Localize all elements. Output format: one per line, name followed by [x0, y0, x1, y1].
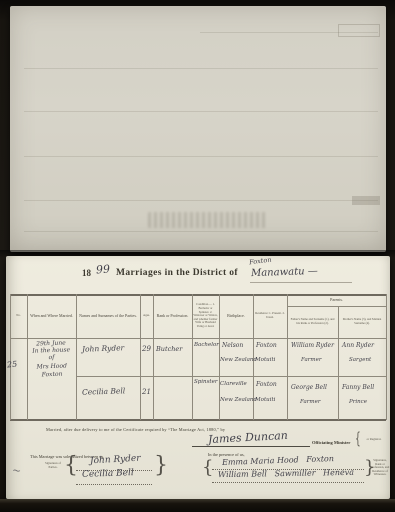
- presence-label: In the presence of us,: [208, 452, 245, 457]
- when-line: Foxton: [28, 370, 75, 379]
- groom-residence-1: Foxton: [256, 342, 277, 349]
- witness-signature-line: [212, 481, 364, 483]
- table-column-divider: [76, 294, 77, 420]
- ghost-rule: [24, 231, 378, 232]
- groom-birthplace-1: Nelson: [222, 342, 243, 349]
- bride-age: 21: [142, 388, 151, 396]
- table-bottom-rule: [10, 419, 386, 421]
- groom-birthplace-2: New Zealand: [220, 357, 257, 363]
- ghost-rule: [200, 32, 378, 33]
- party-signature-groom: John Ryder: [90, 454, 141, 467]
- bride-mother-maiden: Prince: [349, 399, 367, 405]
- ghost-form-box: [338, 24, 380, 37]
- bride-mother: Fanny Bell: [342, 384, 374, 391]
- top-page: [10, 6, 386, 252]
- column-header-rank: Rank or Profession.: [155, 296, 190, 336]
- party-signature-line: [76, 483, 152, 485]
- groom-mother-maiden: Sargent: [349, 357, 371, 363]
- column-header-when: When and Where Married.: [28, 296, 75, 336]
- column-header-no: No.: [11, 296, 26, 336]
- column-header-father: Father's Name and Surname (1), and his R…: [289, 308, 336, 336]
- bride-residence-1: Foxton: [256, 381, 277, 388]
- bride-condition: Spinster: [194, 379, 218, 385]
- groom-condition: Bachelor: [194, 342, 219, 348]
- witness-signature-2: William Bell Sawmiller Heneva: [218, 468, 354, 479]
- bride-birthplace-2: New Zealand: [220, 397, 257, 403]
- register-table: No. When and Where Married. Names and Su…: [6, 256, 390, 420]
- groom-father: William Ryder: [291, 342, 334, 349]
- parents-subrule: [287, 306, 386, 307]
- ghost-form-box: [352, 196, 380, 205]
- witnesses-note: Signatures, Rank or Profession, and Resi…: [370, 459, 390, 477]
- groom-father-rank: Farmer: [301, 357, 321, 363]
- party-signature-bride: Cecilia Bell: [82, 468, 134, 480]
- table-column-divider: [338, 306, 339, 420]
- ghost-rule: [24, 156, 378, 157]
- ghost-rule: [24, 200, 378, 201]
- column-header-residence: Residence: 1. Present. 2. Usual.: [254, 296, 286, 336]
- table-column-divider: [386, 294, 387, 420]
- bride-father: George Bell: [291, 384, 327, 391]
- minister-note: or Registrar.: [360, 438, 388, 442]
- groom-age: 29: [142, 345, 151, 353]
- ghost-bleedthrough-stamp: [148, 212, 266, 228]
- parties-brace-close: }: [154, 453, 168, 478]
- book-bottom-edge: [0, 499, 395, 512]
- bride-father-rank: Farmer: [300, 399, 320, 405]
- certification-statement: Married, after due delivery to me of the…: [46, 427, 225, 432]
- bride-birthplace-1: Clareville: [220, 381, 247, 387]
- parties-note: Signatures of Parties.: [42, 462, 64, 469]
- table-column-divider: [153, 294, 154, 420]
- groom-name: John Ryder: [82, 343, 124, 353]
- entry-number: 25: [7, 359, 18, 369]
- ghost-rule: [24, 111, 378, 112]
- column-header-ages: Ages.: [140, 296, 153, 336]
- column-header-condition: Condition.— 1. Bachelor or Spinster. 2. …: [193, 296, 218, 336]
- minister-signature: James Duncan: [208, 429, 288, 446]
- entry-when-where: 29th June In the house of Mrs Hood Foxto…: [27, 339, 75, 379]
- groom-residence-2: Motuiti: [255, 357, 275, 363]
- register-page: 18 99 Marriages in the District of Foxto…: [6, 256, 390, 499]
- bride-residence-2: Motuiti: [255, 397, 275, 403]
- column-header-mother: Mother's Name (3), and Maiden Surname (4…: [340, 308, 384, 336]
- register-book-photo: 18 99 Marriages in the District of Foxto…: [0, 0, 395, 512]
- table-column-divider: [287, 294, 288, 420]
- groom-rank: Butcher: [156, 345, 182, 353]
- minister-label: Officiating Minister: [312, 440, 350, 445]
- parties-brace-open: {: [64, 453, 78, 478]
- column-header-birthplace: Birthplace.: [220, 296, 252, 336]
- margin-mark: ~: [11, 463, 22, 477]
- column-header-names: Names and Surnames of the Parties.: [78, 296, 138, 336]
- minister-signature-line: [192, 446, 310, 447]
- column-header-parents: Parents.: [287, 295, 386, 305]
- bride-name: Cecilia Bell: [82, 386, 125, 397]
- ghost-rule: [24, 68, 378, 69]
- groom-mother: Ann Ryder: [342, 342, 374, 349]
- table-row-divider: [76, 376, 386, 377]
